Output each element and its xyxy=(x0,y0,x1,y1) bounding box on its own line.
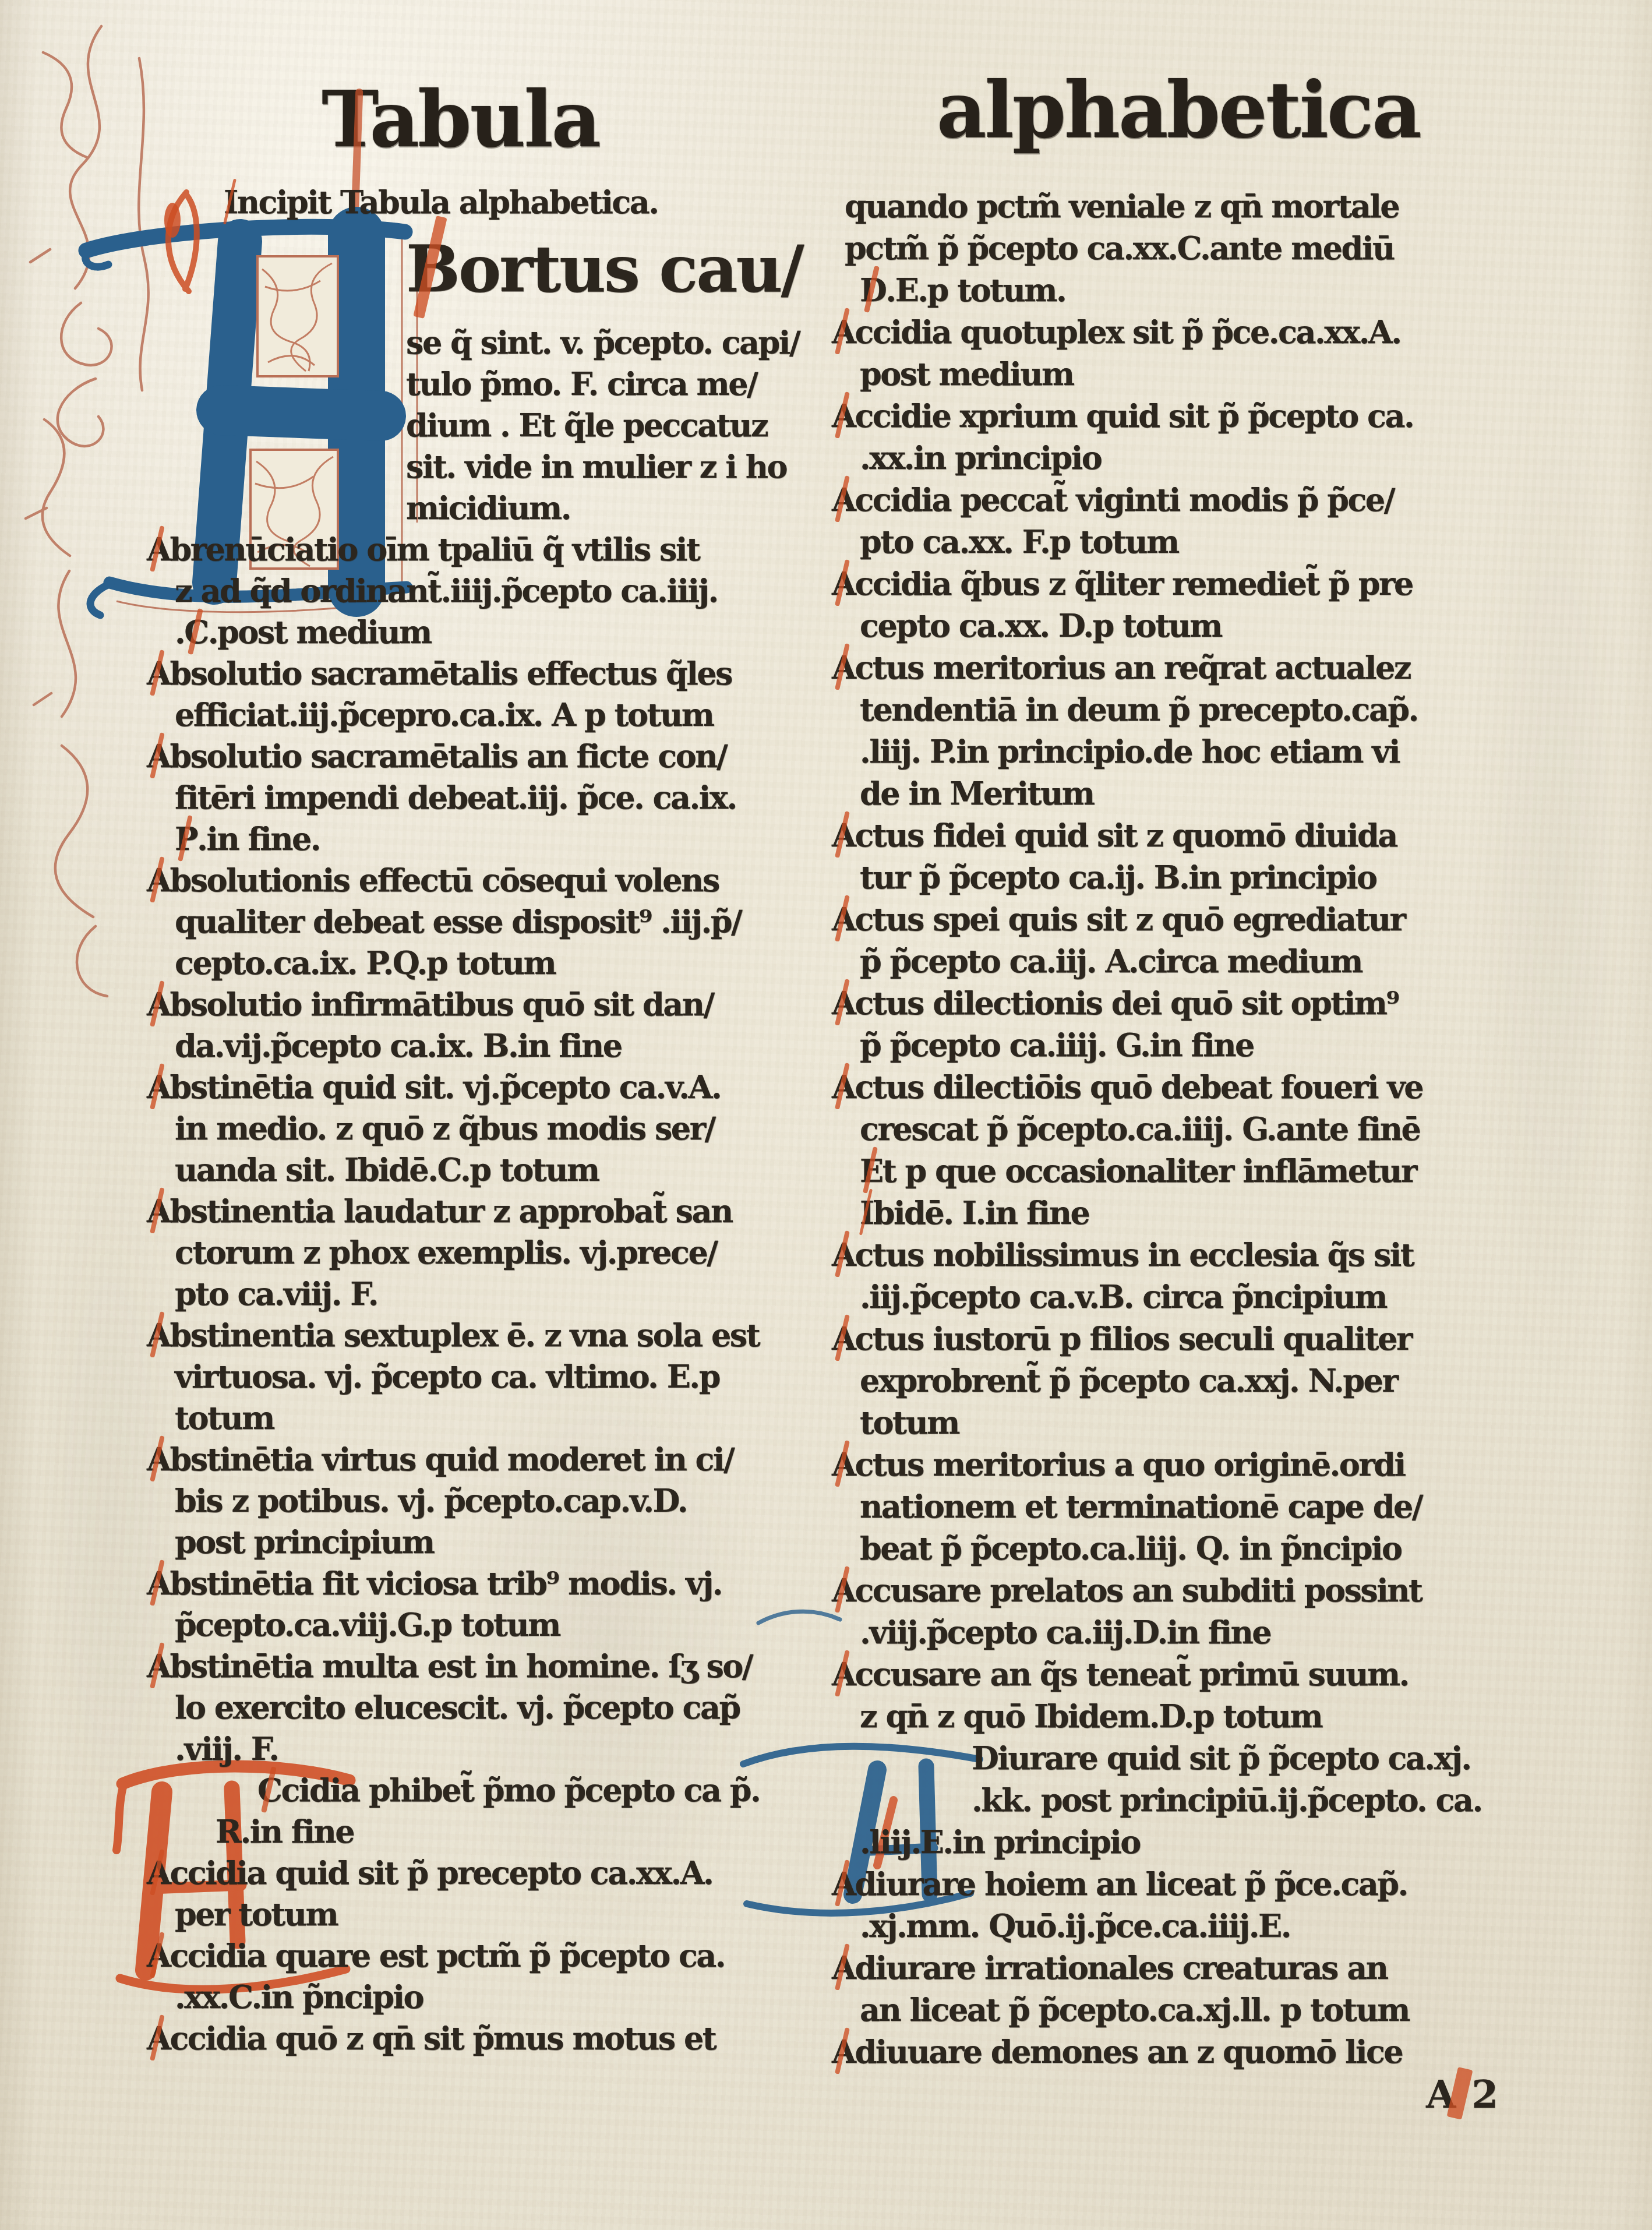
text-line: pctm̃ p̃ p̃cepto ca.xx.C.ante mediū xyxy=(845,227,1496,269)
text-line: exprobrent̃ p̃ p̃cepto ca.xxj. N.per xyxy=(860,1360,1496,1402)
text-line: post medium xyxy=(860,353,1496,395)
text-line: Actus spei quis sit z quō egrediatur xyxy=(832,898,1496,940)
rubricated-letter: A xyxy=(147,2018,170,2059)
text-line: .liij. P.in principio.de hoc etiam vi xyxy=(860,731,1496,772)
text-line: R.in fine xyxy=(216,1811,792,1853)
rubricated-letter: A xyxy=(832,1947,855,1989)
text-line: Absolutionis effectū cōsequi volens xyxy=(147,860,792,901)
text-line: Actus meritorius an req̃rat actualez xyxy=(832,647,1496,689)
text-line: .xj.mm. Quō.ij.p̃ce.ca.iiij.E. xyxy=(860,1905,1496,1947)
rubricated-letter: A xyxy=(147,653,170,694)
text-line: Adiuuare demones an z quomō lice xyxy=(832,2031,1496,2073)
text-line: .C.post medium xyxy=(175,612,792,653)
text-line: Incipit Tabula alphabetica. xyxy=(224,182,792,223)
text-line: Absolutio sacramētalis an ficte con∕ xyxy=(147,736,792,777)
text-line: Ibidē. I.in fine xyxy=(860,1192,1496,1234)
text-line: crescat p̃ p̃cepto.ca.iiij. G.ante finē xyxy=(860,1108,1496,1150)
page-title-left: Tabula xyxy=(322,75,599,165)
rubricated-letter: A xyxy=(147,1439,170,1480)
text-line: P.in fine. xyxy=(175,818,792,860)
rubricated-letter: A xyxy=(832,1234,855,1276)
text-line: cepto.ca.ix. P.Q.p totum xyxy=(175,943,792,984)
rubricated-letter: A xyxy=(832,563,855,605)
text-line: Actus dilectionis dei quō sit optim⁹ xyxy=(832,982,1496,1024)
text-line: p̃ p̃cepto ca.iiij. G.in fine xyxy=(860,1024,1496,1066)
text-line: .xx.in principio xyxy=(860,437,1496,479)
text-line: Accidia quotuplex sit p̃ p̃ce.ca.xx.A. xyxy=(832,311,1496,353)
text-line: nationem et terminationē cape de∕ xyxy=(860,1486,1496,1527)
text-line: Accidia quid sit p̃ precepto ca.xx.A. xyxy=(147,1853,792,1894)
text-column-left: Incipit Tabula alphabetica.Bortus cau∕se… xyxy=(147,182,792,2059)
text-line: cepto ca.xx. D.p totum xyxy=(860,605,1496,647)
page-title-right: alphabetica xyxy=(937,65,1420,156)
text-line: de in Meritum xyxy=(860,772,1496,814)
text-line: .kk. post principiū.ij.p̃cepto. ca. xyxy=(972,1779,1496,1821)
rubricated-letter: D xyxy=(860,269,885,311)
rubricated-letter: A xyxy=(832,1863,855,1905)
rubricated-letter: A xyxy=(832,2031,855,2073)
text-line: sit. vide in mulier z i ho xyxy=(406,446,792,488)
text-line: Abstinentia laudatur z approbat̃ san xyxy=(147,1191,792,1232)
text-line: tulo p̃mo. F. circa me∕ xyxy=(406,364,792,405)
text-line: Abstinētia multa est in homine. ſʒ so∕ xyxy=(147,1646,792,1687)
text-line: Abstinētia quid sit. vj.p̃cepto ca.v.A. xyxy=(147,1067,792,1108)
text-line: an liceat p̃ p̃cepto.ca.xj.ll. p totum xyxy=(860,1989,1496,2031)
text-line: quando pctm̃ veniale z qn̄ mortale xyxy=(845,185,1496,227)
text-line: .iij.p̃cepto ca.v.B. circa p̃ncipium xyxy=(860,1276,1496,1318)
text-line: Ccidia phibet̃ p̃mo p̃cepto ca p̃. xyxy=(257,1770,792,1811)
text-line: Adiurare irrationales creaturas an xyxy=(832,1947,1496,1989)
rubricated-letter: A xyxy=(147,1646,170,1687)
text-line: Accidia quō z qn̄ sit p̃mus motus et xyxy=(147,2018,792,2059)
text-line: Abstinētia virtus quid moderet in ci∕ xyxy=(147,1439,792,1480)
text-line: .liij.E.in principio xyxy=(860,1821,1496,1863)
rubricated-letter: I xyxy=(224,182,237,223)
text-line: .viij.p̃cepto ca.iij.D.in fine xyxy=(860,1611,1496,1653)
quire-signature: A 2 xyxy=(1426,2072,1499,2117)
text-line: Actus dilectiōis quō debeat foueri ve xyxy=(832,1066,1496,1108)
text-line: .viij. F. xyxy=(175,1728,792,1770)
rubricated-letter: I xyxy=(860,1192,873,1234)
text-line: tendentiā in deum p̃ precepto.cap̃. xyxy=(860,689,1496,731)
rubricated-letter: C xyxy=(184,612,207,653)
text-line: Abstinentia sextuplex ē. z vna sola est xyxy=(147,1315,792,1356)
text-line: Accusare prelatos an subditi possint xyxy=(832,1569,1496,1611)
text-line: qualiter debeat esse disposit⁹ .iij.p̃∕ xyxy=(175,901,792,943)
text-line: Actus fidei quid sit z quomō diuida xyxy=(832,814,1496,856)
text-line: Abstinētia fit viciosa trib⁹ modis. vj. xyxy=(147,1563,792,1604)
rubricated-letter: A xyxy=(147,1067,170,1108)
text-line: tur p̃ p̃cepto ca.ij. B.in principio xyxy=(860,856,1496,898)
text-line: Absolutio infirmātibus quō sit dan∕ xyxy=(147,984,792,1025)
text-line: pto ca.xx. F.p totum xyxy=(860,521,1496,563)
text-line: pto ca.viij. F. xyxy=(175,1273,792,1315)
rubricated-letter: P xyxy=(175,818,197,860)
text-line: z qn̄ z quō Ibidem.D.p totum xyxy=(860,1695,1496,1737)
text-line: beat p̃ p̃cepto.ca.liij. Q. in p̃ncipio xyxy=(860,1527,1496,1569)
text-column-right: quando pctm̃ veniale z qn̄ mortalepctm̃ … xyxy=(832,185,1496,2073)
text-line: efficiat.iij.p̃cepro.ca.ix. A p totum xyxy=(175,694,792,736)
text-line: Absolutio sacramētalis effectus q̃les xyxy=(147,653,792,694)
text-line: Abrenūciatio oīm tpaliū q̃ vtilis sit xyxy=(147,529,792,570)
text-line: uanda sit. Ibidē.C.p totum xyxy=(175,1149,792,1191)
rubricated-letter: A xyxy=(147,860,170,901)
text-line: ctorum z phox exemplis. vj.prece∕ xyxy=(175,1232,792,1273)
text-line: z ad q̃d ordinant̃.iiij.p̃cepto ca.iiij. xyxy=(175,570,792,612)
rubricated-letter: A xyxy=(832,1066,855,1108)
text-line: .xx.C.in p̃ncipio xyxy=(175,1977,792,2018)
rubricated-letter: A xyxy=(147,1563,170,1604)
rubricated-letter: A xyxy=(832,1653,855,1695)
text-line: micidium. xyxy=(406,488,792,529)
rubricated-letter: E xyxy=(860,1150,883,1192)
rubricated-letter: A xyxy=(832,982,855,1024)
text-line: Accusare an q̃s teneat̃ primū suum. xyxy=(832,1653,1496,1695)
text-line: p̃ p̃cepto ca.iij. A.circa medium xyxy=(860,940,1496,982)
text-line: Accidia q̃bus z q̃liter remediet̃ p̃ pre xyxy=(832,563,1496,605)
rubricated-letter: A xyxy=(147,1315,170,1356)
text-line: Adiurare hoiem an liceat p̃ p̃ce.cap̃. xyxy=(832,1863,1496,1905)
text-line: Actus iustorū p filios seculi qualiter xyxy=(832,1318,1496,1360)
text-line: Accidia quare est pctm̃ p̃ p̃cepto ca. xyxy=(147,1935,792,1977)
text-line: Accidie xprium quid sit p̃ p̃cepto ca. xyxy=(832,395,1496,437)
rubricated-letter: B xyxy=(406,223,458,315)
text-line: D.E.p totum. xyxy=(860,269,1496,311)
rubricated-letter: A xyxy=(147,529,170,570)
rubricated-letter: A xyxy=(832,1318,855,1360)
rubricated-letter: A xyxy=(147,1935,170,1977)
rubricated-letter: A xyxy=(832,814,855,856)
text-line: per totum xyxy=(175,1894,792,1935)
rubricated-letter: A xyxy=(147,984,170,1025)
text-line: Accidia peccat̃ viginti modis p̃ p̃ce∕ xyxy=(832,479,1496,521)
text-line: in medio. z quō z q̃bus modis ser∕ xyxy=(175,1108,792,1149)
text-line: p̃cepto.ca.viij.G.p totum xyxy=(175,1604,792,1646)
incunable-page: { "page": { "kind": "early printed book … xyxy=(0,0,1652,2230)
text-line: dium . Et q̃le peccatuz xyxy=(406,405,792,446)
text-line: se q̃ sint. v. p̃cepto. capi∕ xyxy=(406,322,792,364)
text-line: bis z potibus. vj. p̃cepto.cap.v.D. xyxy=(175,1480,792,1522)
rubricated-letter: A xyxy=(832,479,855,521)
rubricated-letter: C xyxy=(257,1770,281,1811)
signature-letter: A 2 xyxy=(1426,2072,1499,2117)
text-line: fitēri impendi debeat.iij. p̃ce. ca.ix. xyxy=(175,777,792,818)
rubricated-letter: A xyxy=(832,395,855,437)
rubricated-letter: A xyxy=(832,647,855,689)
text-line: totum xyxy=(860,1402,1496,1444)
text-line: Diurare quid sit p̃ p̃cepto ca.xj. xyxy=(972,1737,1496,1779)
text-line: da.vij.p̃cepto ca.ix. B.in fine xyxy=(175,1025,792,1067)
text-line: Actus nobilissimus in ecclesia q̃s sit xyxy=(832,1234,1496,1276)
rubricated-letter: A xyxy=(832,1444,855,1486)
text-line: virtuosa. vj. p̃cepto ca. vltimo. E.p xyxy=(175,1356,792,1398)
text-line: totum xyxy=(175,1398,792,1439)
rubricated-letter: A xyxy=(832,311,855,353)
rubricated-letter: A xyxy=(147,1191,170,1232)
rubricated-letter: A xyxy=(832,1569,855,1611)
text-line: lo exercito elucescit. vj. p̃cepto cap̃ xyxy=(175,1687,792,1728)
rubricated-letter: A xyxy=(147,736,170,777)
text-line: Et p que occasionaliter inflāmetur xyxy=(860,1150,1496,1192)
rubricated-letter: A xyxy=(832,898,855,940)
rubricated-letter: A xyxy=(147,1853,170,1894)
text-line: post principium xyxy=(175,1522,792,1563)
text-line: Bortus cau∕ xyxy=(406,223,792,322)
text-line: Actus meritorius a quo originē.ordi xyxy=(832,1444,1496,1486)
